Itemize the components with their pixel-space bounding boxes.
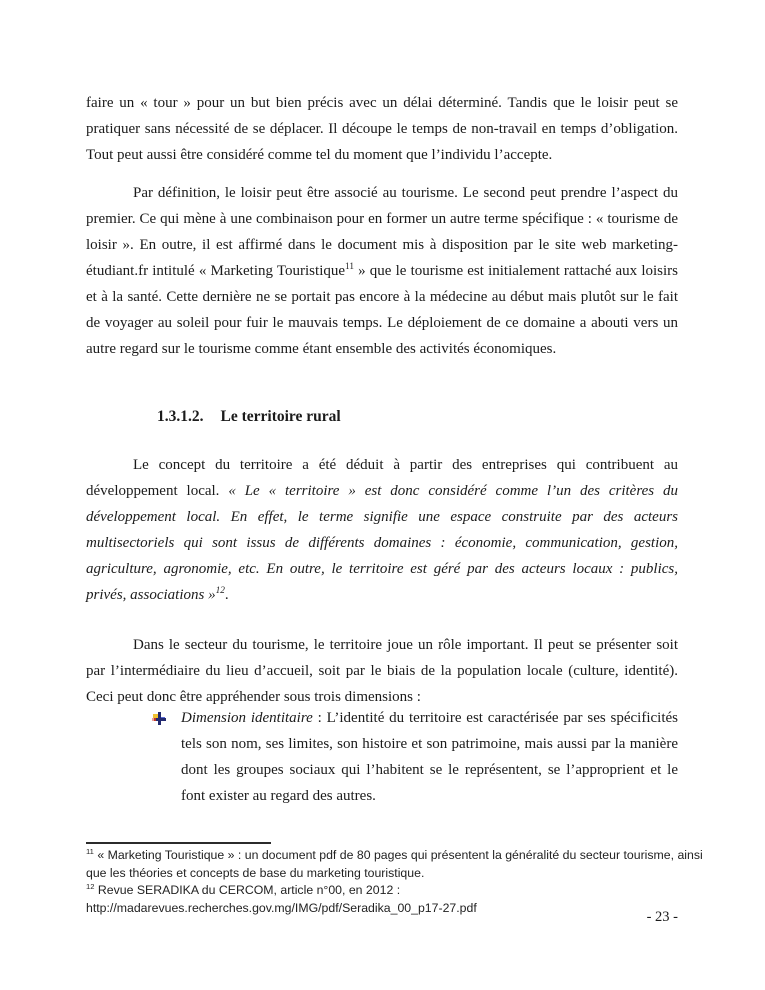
footnote-12: 12 Revue SERADIKA du CERCOM, article n°0… bbox=[86, 882, 704, 900]
document-page: faire un « tour » pour un but bien préci… bbox=[0, 0, 765, 990]
footnote-11: 11 « Marketing Touristique » : un docume… bbox=[86, 847, 704, 882]
paragraph-1: faire un « tour » pour un but bien préci… bbox=[86, 90, 678, 168]
list-bullet-icon bbox=[152, 712, 168, 727]
paragraph-3: Le concept du territoire a été déduit à … bbox=[86, 452, 678, 608]
section-heading: 1.3.1.2.Le territoire rural bbox=[86, 404, 678, 430]
section-title: Le territoire rural bbox=[221, 408, 341, 425]
paragraph-2: Par définition, le loisir peut être asso… bbox=[86, 180, 678, 362]
paragraph-4: Dans le secteur du tourisme, le territoi… bbox=[86, 632, 678, 710]
list-item-text: Dimension identitaire : L’identité du te… bbox=[181, 705, 678, 809]
footnotes: 11 « Marketing Touristique » : un docume… bbox=[86, 847, 704, 917]
footnote-separator bbox=[86, 842, 271, 844]
page-number: - 23 - bbox=[86, 908, 678, 926]
section-number: 1.3.1.2. bbox=[157, 408, 204, 425]
list-item-dimension-identitaire: Dimension identitaire : L’identité du te… bbox=[86, 705, 678, 809]
